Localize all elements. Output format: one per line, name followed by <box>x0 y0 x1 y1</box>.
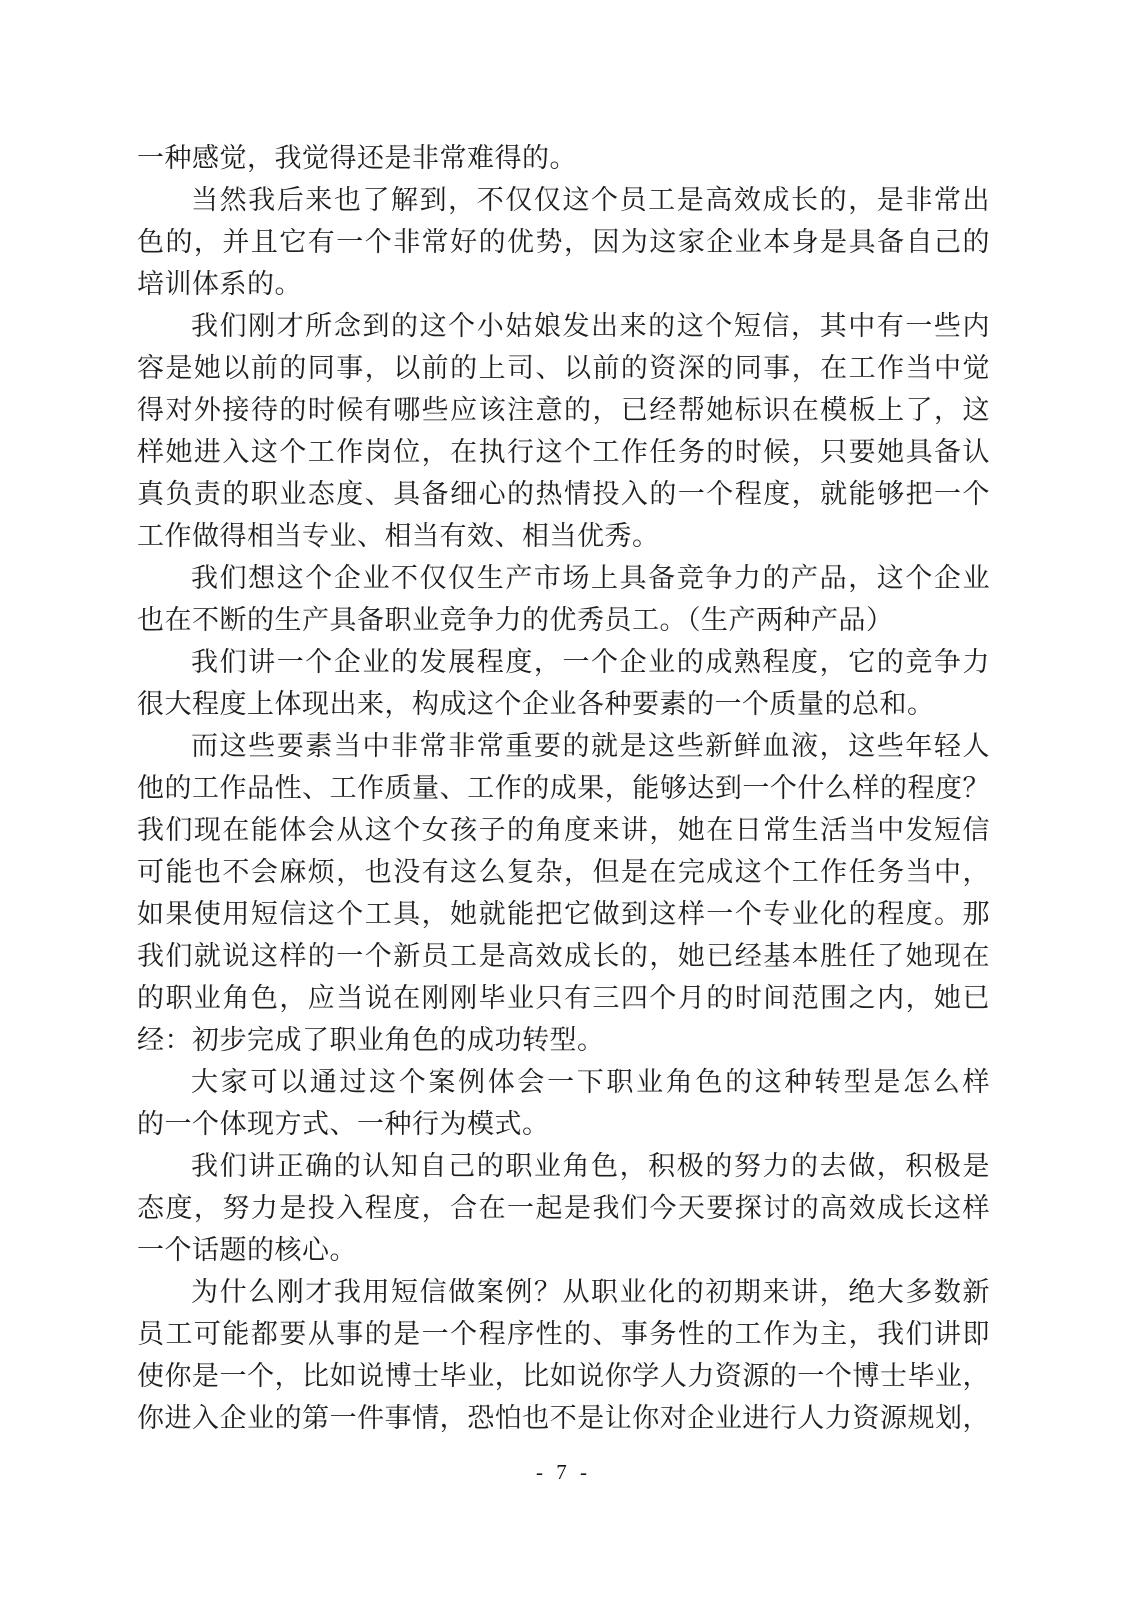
text-line: 真负责的职业态度、具备细心的热情投入的一个程度，就能够把一个 <box>137 473 990 515</box>
text-line: 的一个体现方式、一种行为模式。 <box>137 1103 990 1145</box>
text-line: 的职业角色，应当说在刚刚毕业只有三四个月的时间范围之内，她已 <box>137 977 990 1019</box>
text-line: 大家可以通过这个案例体会一下职业角色的这种转型是怎么样 <box>137 1061 990 1103</box>
text-line: 工作做得相当专业、相当有效、相当优秀。 <box>137 515 990 557</box>
text-line: 他的工作品性、工作质量、工作的成果，能够达到一个什么样的程度？ <box>137 767 990 809</box>
document-page: 一种感觉，我觉得还是非常难得的。当然我后来也了解到，不仅仅这个员工是高效成长的，… <box>0 0 1131 1600</box>
text-line: 也在不断的生产具备职业竞争力的优秀员工。（生产两种产品） <box>137 599 990 641</box>
text-line: 而这些要素当中非常非常重要的就是这些新鲜血液，这些年轻人 <box>137 725 990 767</box>
text-line: 我们现在能体会从这个女孩子的角度来讲，她在日常生活当中发短信 <box>137 809 990 851</box>
text-line: 一个话题的核心。 <box>137 1229 990 1271</box>
text-line: 经：初步完成了职业角色的成功转型。 <box>137 1019 990 1061</box>
text-block: 一种感觉，我觉得还是非常难得的。当然我后来也了解到，不仅仅这个员工是高效成长的，… <box>137 137 990 1439</box>
text-line: 我们想这个企业不仅仅生产市场上具备竞争力的产品，这个企业 <box>137 557 990 599</box>
text-line: 色的，并且它有一个非常好的优势，因为这家企业本身是具备自己的 <box>137 221 990 263</box>
text-line: 我们讲正确的认知自己的职业角色，积极的努力的去做，积极是 <box>137 1145 990 1187</box>
text-line: 你进入企业的第一件事情，恐怕也不是让你对企业进行人力资源规划， <box>137 1397 990 1439</box>
page-number: - 7 - <box>137 1460 990 1485</box>
text-line: 可能也不会麻烦，也没有这么复杂，但是在完成这个工作任务当中， <box>137 851 990 893</box>
text-line: 使你是一个，比如说博士毕业，比如说你学人力资源的一个博士毕业， <box>137 1355 990 1397</box>
text-line: 我们刚才所念到的这个小姑娘发出来的这个短信，其中有一些内 <box>137 305 990 347</box>
text-line: 态度，努力是投入程度，合在一起是我们今天要探讨的高效成长这样 <box>137 1187 990 1229</box>
text-line: 当然我后来也了解到，不仅仅这个员工是高效成长的，是非常出 <box>137 179 990 221</box>
text-line: 容是她以前的同事，以前的上司、以前的资深的同事，在工作当中觉 <box>137 347 990 389</box>
text-line: 我们就说这样的一个新员工是高效成长的，她已经基本胜任了她现在 <box>137 935 990 977</box>
text-line: 一种感觉，我觉得还是非常难得的。 <box>137 137 990 179</box>
text-line: 如果使用短信这个工具，她就能把它做到这样一个专业化的程度。那 <box>137 893 990 935</box>
text-line: 样她进入这个工作岗位，在执行这个工作任务的时候，只要她具备认 <box>137 431 990 473</box>
text-line: 为什么刚才我用短信做案例？从职业化的初期来讲，绝大多数新 <box>137 1271 990 1313</box>
text-line: 我们讲一个企业的发展程度，一个企业的成熟程度，它的竞争力 <box>137 641 990 683</box>
text-line: 得对外接待的时候有哪些应该注意的，已经帮她标识在模板上了，这 <box>137 389 990 431</box>
text-line: 培训体系的。 <box>137 263 990 305</box>
text-line: 员工可能都要从事的是一个程序性的、事务性的工作为主，我们讲即 <box>137 1313 990 1355</box>
text-line: 很大程度上体现出来，构成这个企业各种要素的一个质量的总和。 <box>137 683 990 725</box>
